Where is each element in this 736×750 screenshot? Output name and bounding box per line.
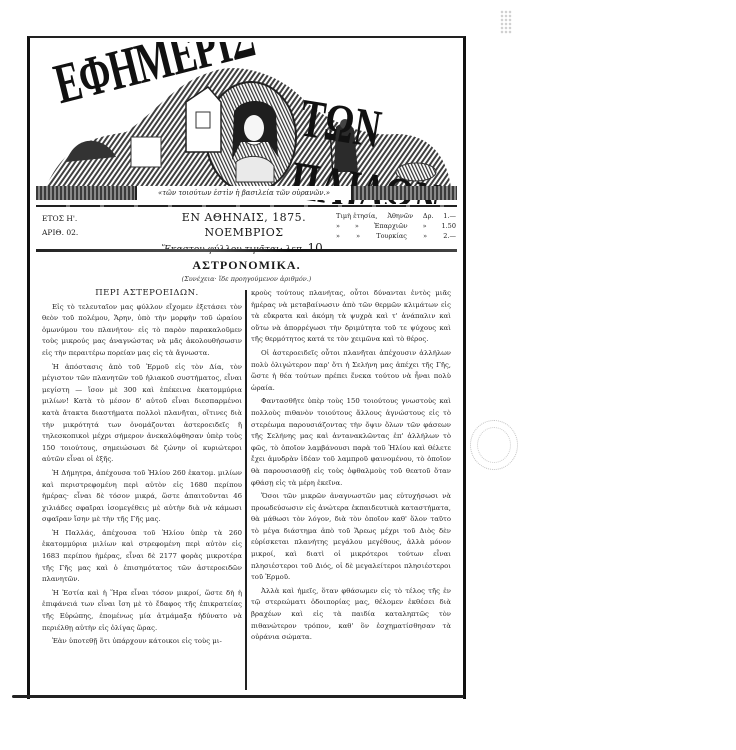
- subscription-place: Τουρκίας: [376, 231, 407, 241]
- paragraph: Οἱ ἀστεροειδεῖς οὗτοι πλανῆται ἀπέχουσιν…: [251, 348, 451, 394]
- paragraph: Εἰς τὸ τελευταῖον μας φύλλον εἴχομεν ἐξε…: [42, 302, 242, 360]
- ditto-mark: »: [355, 221, 359, 231]
- paragraph: Ἡ Παλλάς, ἀπέχουσα τοῦ Ἡλίου ὑπὲρ τὰ 260…: [42, 528, 242, 586]
- rule-divider: [36, 205, 457, 207]
- info-strip: ΕΤΟΣ Η'. ΑΡΙΘ. 02. ΕΝ ΑΘΗΝΑΙΣ, 1875. ΝΟΕ…: [36, 210, 457, 246]
- newspaper-page: ΕΦΗΜΕΡΙΣ ΤΩΝ ΠΑΙΔΩΝ «τῶν τοιούτων ἐστὶν …: [27, 36, 466, 699]
- masthead-motto: «τῶν τοιούτων ἐστὶν ἡ βασιλεία τῶν οὐραν…: [135, 186, 353, 200]
- paragraph: Ἀλλὰ καὶ ἡμεῖς, ὅταν φθάσωμεν εἰς τὸ τέλ…: [251, 586, 451, 644]
- issue-number: ΑΡΙΘ. 02.: [42, 226, 78, 240]
- subscription-currency: »: [423, 231, 427, 241]
- paragraph: Φαντασθῆτε ὑπὲρ τοὺς 150 τοιούτους γνωστ…: [251, 396, 451, 489]
- article-heading: ΠΕΡΙ ΑΣΤΕΡΟΕΙΔΩΝ.: [42, 288, 242, 300]
- subscription-place: Ἀθηνῶν: [387, 211, 413, 221]
- subscription-currency: Δρ.: [423, 211, 434, 221]
- issue-info: ΕΤΟΣ Η'. ΑΡΙΘ. 02.: [42, 212, 78, 240]
- price-value: 10.: [308, 241, 327, 255]
- ditto-mark: »: [356, 231, 360, 241]
- dateline: ΕΝ ΑΘΗΝΑΙΣ, 1875. ΝΟΕΜΒΡΙΟΣ: [144, 210, 344, 240]
- section-title: ΑΣΤΡΟΝΟΜΙΚΑ.: [30, 258, 463, 273]
- paragraph: Ἐὰν ὑποτεθῇ ὅτι ὑπάρχουν κάτοικοι εἰς το…: [42, 636, 242, 648]
- masthead: ΕΦΗΜΕΡΙΣ ΤΩΝ ΠΑΙΔΩΝ: [36, 42, 457, 204]
- article-column-left: ΠΕΡΙ ΑΣΤΕΡΟΕΙΔΩΝ. Εἰς τὸ τελευταῖον μας …: [42, 288, 242, 650]
- subscription-amount: 2.—: [443, 231, 456, 241]
- column-divider: [245, 290, 247, 690]
- subscription-amount: 1.—: [443, 211, 456, 221]
- subscription-row: » » Ἐπαρχιῶν » 1.50: [336, 221, 456, 231]
- section-subtitle: (Συνέχεια· ἴδε προηγούμενον ἀριθμόν.): [30, 275, 463, 283]
- ditto-mark: »: [336, 231, 340, 241]
- rule-divider: [36, 249, 457, 252]
- subscription-amount: 1.50: [441, 221, 455, 231]
- subscription-row: Τιμὴ ἐτησία, Ἀθηνῶν Δρ. 1.—: [336, 211, 456, 221]
- subscription-label: Τιμὴ ἐτησία,: [336, 211, 378, 221]
- ditto-mark: »: [336, 221, 340, 231]
- library-stamp-icon: [470, 420, 518, 470]
- bottom-rule: [12, 695, 464, 698]
- subscription-row: » » Τουρκίας » 2.—: [336, 231, 456, 241]
- scan-noise: [500, 10, 512, 34]
- paragraph: Ἡ Δήμητρα, ἀπέχουσα τοῦ Ἡλίου 260 ἑκατομ…: [42, 468, 242, 526]
- year-label: ΕΤΟΣ Η'.: [42, 212, 78, 226]
- paragraph: Ἡ Ἑστία καὶ ἡ Ἥρα εἶναι τόσον μικροί, ὥσ…: [42, 588, 242, 634]
- paragraph: Ὅσοι τῶν μικρῶν ἀναγνωστῶν μας εὐτυχήσωσ…: [251, 491, 451, 584]
- article-column-right: κροὺς τούτους πλανήτας, οὗτοι δύνανται ἐ…: [251, 288, 451, 646]
- paragraph: Ἡ ἀπόστασις ἀπὸ τοῦ Ἑρμοῦ εἰς τὸν Δία, τ…: [42, 362, 242, 466]
- subscription-table: Τιμὴ ἐτησία, Ἀθηνῶν Δρ. 1.— » » Ἐπαρχιῶν…: [336, 211, 456, 241]
- stamp-inner-ring: [477, 427, 511, 463]
- subscription-place: Ἐπαρχιῶν: [374, 221, 408, 231]
- subscription-currency: »: [423, 221, 427, 231]
- paragraph: κροὺς τούτους πλανήτας, οὗτοι δύνανται ἐ…: [251, 288, 451, 346]
